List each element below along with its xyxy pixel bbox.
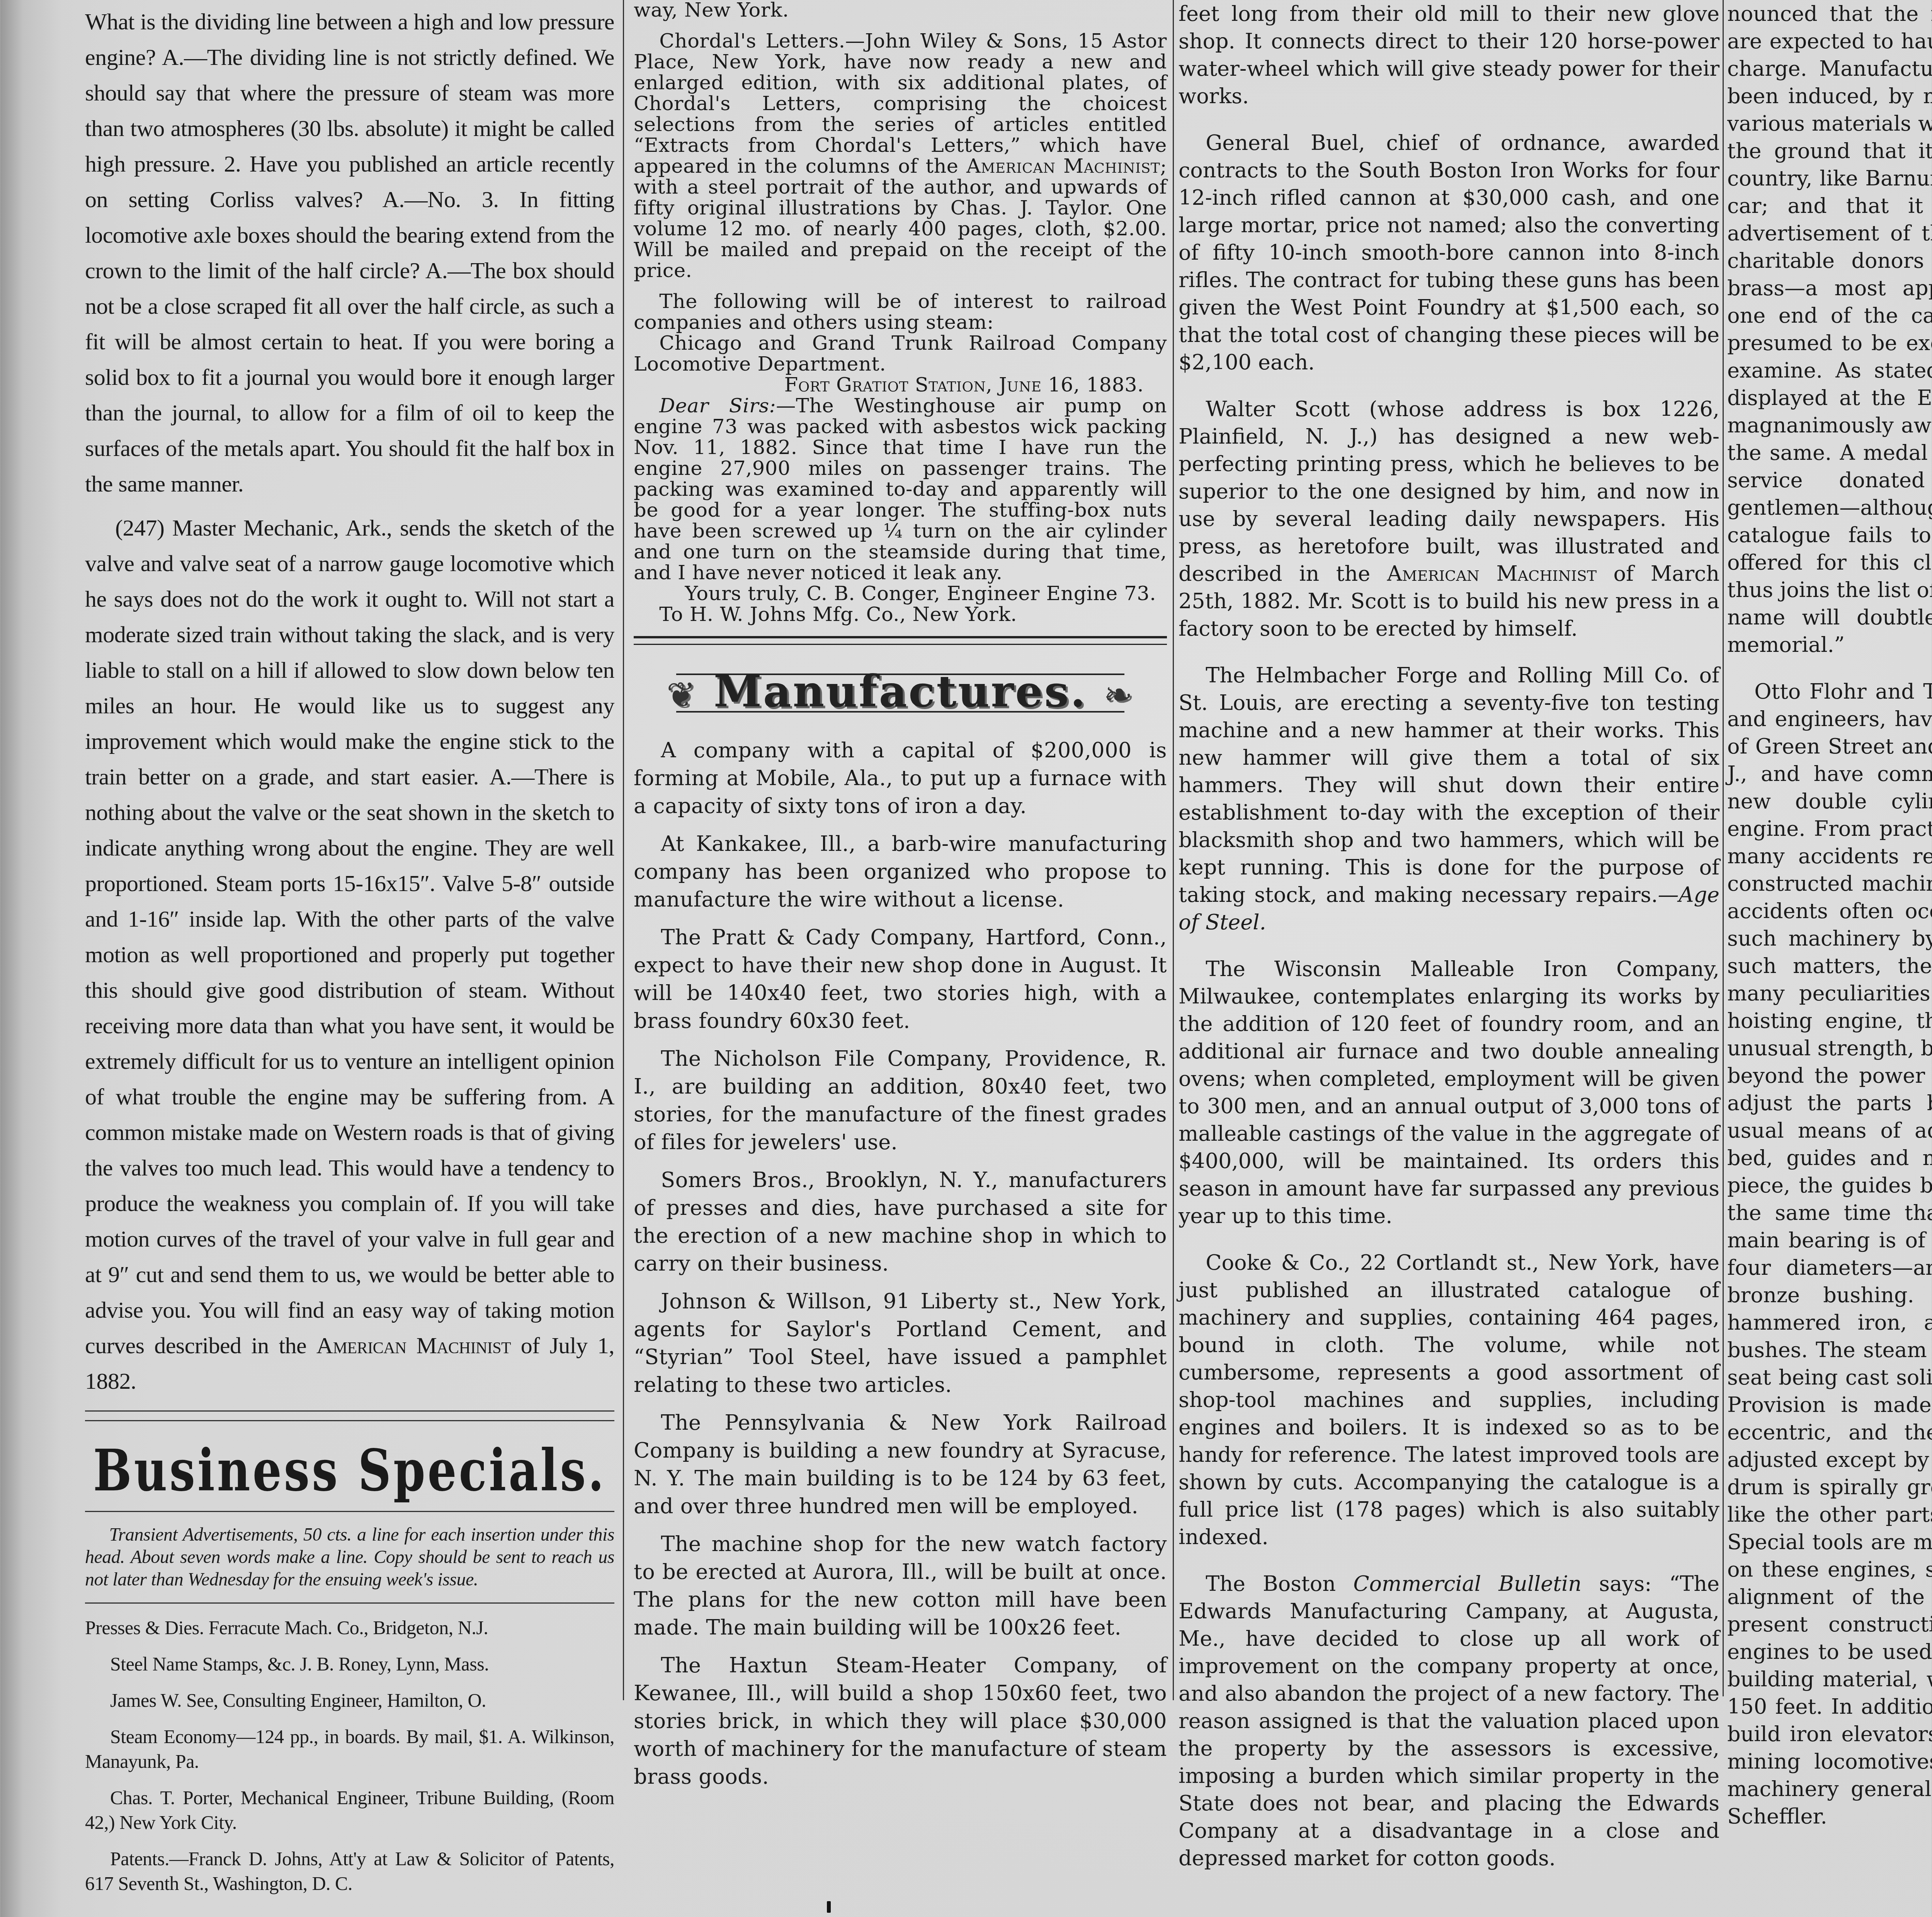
- news-item: The Haxtun Steam-Heater Company, of Kewa…: [634, 1652, 1167, 1791]
- source-credit: Commercial Bulletin: [1353, 1572, 1582, 1596]
- ad-list: Presses & Dies. Ferracute Mach. Co., Bri…: [85, 1615, 614, 1896]
- railroad-intro: The following will be of interest to rai…: [634, 291, 1167, 333]
- ad-item: Chas. T. Porter, Mechanical Engineer, Tr…: [85, 1785, 614, 1835]
- ad-item: Patents.—Franck D. Johns, Att'y at Law &…: [85, 1846, 614, 1896]
- column-4: nounced that the railways of the United …: [1727, 0, 1932, 1840]
- news-item: The Nicholson File Company, Providence, …: [634, 1045, 1167, 1156]
- news-item-buel: General Buel, chief of ordnance, awarded…: [1179, 129, 1719, 376]
- publication-ref: American Machinist: [1387, 561, 1597, 586]
- letter-text: —The Westinghouse air pump on engine 73 …: [634, 395, 1167, 584]
- ad-item: James W. See, Consulting Engineer, Hamil…: [85, 1688, 614, 1713]
- section-divider: [85, 1410, 614, 1421]
- column-1: What is the dividing line between a high…: [85, 4, 614, 1907]
- divider: [85, 1602, 614, 1604]
- divider: [85, 1511, 614, 1512]
- continued-item: nounced that the railways of the United …: [1727, 0, 1932, 658]
- news-item: Somers Bros., Brooklyn, N. Y., manufactu…: [634, 1166, 1167, 1277]
- section-divider: [634, 636, 1167, 645]
- manufactures-items: A company with a capital of $200,000 is …: [634, 737, 1167, 1791]
- news-item-cooke: Cooke & Co., 22 Cortlandt st., New York,…: [1179, 1249, 1719, 1551]
- news-item-wisconsin: The Wisconsin Malleable Iron Company, Mi…: [1179, 955, 1719, 1230]
- salutation: Dear Sirs:: [659, 395, 776, 417]
- item-text: The Boston: [1206, 1572, 1336, 1596]
- query-247-text: (247) Master Mechanic, Ark., sends the s…: [85, 515, 614, 1358]
- ad-item: Steam Economy—124 pp., in boards. By mai…: [85, 1724, 614, 1774]
- publication-ref: American Machinist: [316, 1333, 511, 1358]
- publication-ref: American Machinist: [966, 155, 1160, 178]
- scan-speck: [1231, 1772, 1233, 1777]
- flourish-ornament-left: ❦: [667, 675, 697, 715]
- scan-speck: [827, 1901, 831, 1913]
- column-3: feet long from their old mill to their n…: [1179, 0, 1719, 1882]
- answer-block: What is the dividing line between a high…: [85, 4, 614, 502]
- column-rule: [1173, 0, 1174, 1700]
- continued-item: feet long from their old mill to their n…: [1179, 0, 1719, 110]
- flourish-ornament-right: ❧: [1104, 675, 1134, 715]
- news-item: The Pratt & Cady Company, Hartford, Conn…: [634, 924, 1167, 1035]
- news-item: Johnson & Willson, 91 Liberty st., New Y…: [634, 1288, 1167, 1399]
- letter-head: Chicago and Grand Trunk Railroad Company…: [634, 333, 1167, 375]
- news-item: The Pennsylvania & New York Railroad Com…: [634, 1409, 1167, 1520]
- heading-text: Business Specials.: [93, 1437, 606, 1504]
- chordals-letters-notice: Chordal's Letters.—John Wiley & Sons, 15…: [634, 31, 1167, 281]
- letter-to: To H. W. Johns Mfg. Co., New York.: [634, 604, 1167, 625]
- news-item-scott: Walter Scott (whose address is box 1226,…: [1179, 395, 1719, 642]
- column-rule: [623, 0, 624, 1700]
- letter-place-date: Fort Gratiot Station, June 16, 1883.: [634, 375, 1167, 396]
- column-rule: [1723, 0, 1724, 1696]
- item-text: Walter Scott (whose address is box 1226,…: [1179, 397, 1719, 586]
- news-item-helmbacher: The Helmbacher Forge and Rolling Mill Co…: [1179, 662, 1719, 936]
- query-247: (247) Master Mechanic, Ark., sends the s…: [85, 510, 614, 1399]
- news-item-boston: The Boston Commercial Bulletin says: “Th…: [1179, 1570, 1719, 1872]
- news-item: A company with a capital of $200,000 is …: [634, 737, 1167, 820]
- manufactures-heading: ❦ Manufactures. ❧: [634, 658, 1167, 725]
- letter-body: Dear Sirs:—The Westinghouse air pump on …: [634, 396, 1167, 583]
- transient-notice: Transient Advertisements, 50 cts. a line…: [85, 1524, 614, 1591]
- continued-line: way, New York.: [634, 0, 1167, 21]
- column-2: way, New York. Chordal's Letters.—John W…: [634, 0, 1167, 1801]
- ad-item: Steel Name Stamps, &c. J. B. Roney, Lynn…: [85, 1652, 614, 1676]
- ad-item: Presses & Dies. Ferracute Mach. Co., Bri…: [85, 1615, 614, 1640]
- news-item: At Kankakee, Ill., a barb-wire manufactu…: [634, 830, 1167, 913]
- item-text: The Helmbacher Forge and Rolling Mill Co…: [1179, 663, 1719, 907]
- business-specials-heading: Business Specials.: [85, 1429, 614, 1507]
- item-text: says: “The Edwards Manufacturing Campany…: [1179, 1572, 1719, 1870]
- heading-text: Manufactures.: [714, 666, 1087, 717]
- news-item-flohr-scheffler: Otto Flohr and Theo. Scheffler, two mach…: [1727, 678, 1932, 1830]
- news-item: The machine shop for the new watch facto…: [634, 1530, 1167, 1641]
- letter-signoff: Yours truly, C. B. Conger, Engineer Engi…: [634, 583, 1167, 604]
